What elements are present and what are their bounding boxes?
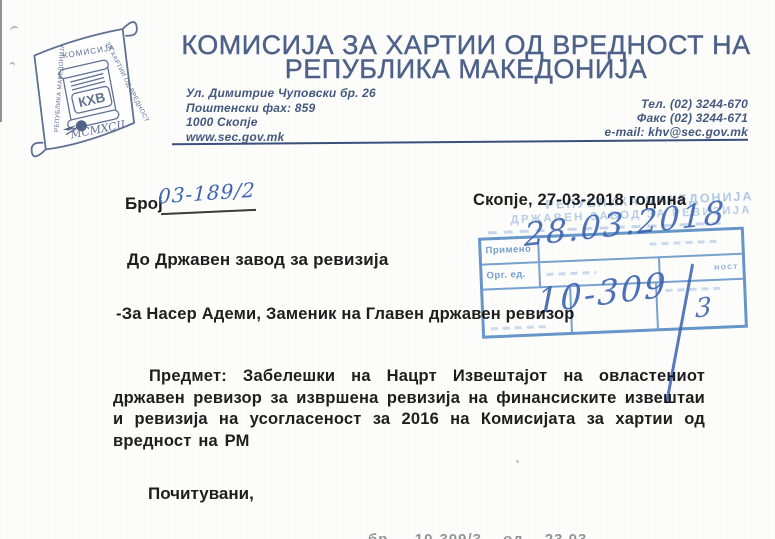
subject-paragraph: Предмет: Забелешки на Нацрт Извештајот н… (113, 366, 705, 452)
scan-speck (516, 460, 519, 463)
contact-email: e-mail: khv@sec.gov.mk (480, 125, 748, 139)
salutation: Почитувани, (148, 484, 254, 504)
address-block: Ул. Димитрие Чуповски бр. 26 Поштенски ф… (186, 86, 376, 144)
contact-phone: Тел. (02) 3244-670 (480, 97, 748, 111)
contact-fax: Факс (02) 3244-671 (480, 111, 748, 125)
stamp-cell-org-label: Орг. ед. (482, 263, 541, 288)
recipient-line: До Државен завод за ревизија (127, 250, 389, 270)
stamp-smudge (491, 325, 551, 331)
commission-scroll-logo: КХВ КОМИСИЈА РЕПУБЛИКА МАКЕДОНИЈА ЗА ХАР… (10, 20, 172, 162)
address-city: 1000 Скопје (186, 115, 376, 130)
stamp-handwritten-suffix: 3 (695, 292, 712, 324)
stamp-cell-right: ност (660, 255, 743, 281)
scroll-logo-icon: КХВ КОМИСИЈА РЕПУБЛИКА МАКЕДОНИЈА ЗА ХАР… (10, 20, 172, 162)
clipped-bottom-line: бр. 10-309/3 од 23.03 (368, 531, 713, 539)
org-title: КОМИСИЈА ЗА ХАРТИИ ОД ВРЕДНОСТ НА РЕПУБЛ… (173, 33, 759, 81)
reference-handwritten-number: 03-189/2 (158, 178, 256, 209)
scan-edge-shadow (0, 0, 2, 122)
stamp-right-fragment: ност (714, 261, 739, 272)
stamp-smudge (649, 240, 719, 246)
stamp-smudge (665, 287, 720, 292)
receipt-stamp: РЕПУБЛИКА МАКЕДОНИЈА ДРЖАВЕН ЗАВОД ЗА РЕ… (474, 184, 775, 356)
org-title-line2: РЕПУБЛИКА МАКЕДОНИЈА (173, 57, 759, 81)
reference-underline (161, 209, 256, 215)
stamp-org-label: Орг. ед. (482, 263, 539, 281)
address-pobox: Поштенски фах: 859 (186, 101, 376, 116)
scanned-letter-page: КХВ КОМИСИЈА РЕПУБЛИКА МАКЕДОНИЈА ЗА ХАР… (0, 0, 775, 539)
contact-block: Тел. (02) 3244-670 Факс (02) 3244-671 e-… (480, 97, 748, 139)
address-street: Ул. Димитрие Чуповски бр. 26 (186, 86, 376, 101)
